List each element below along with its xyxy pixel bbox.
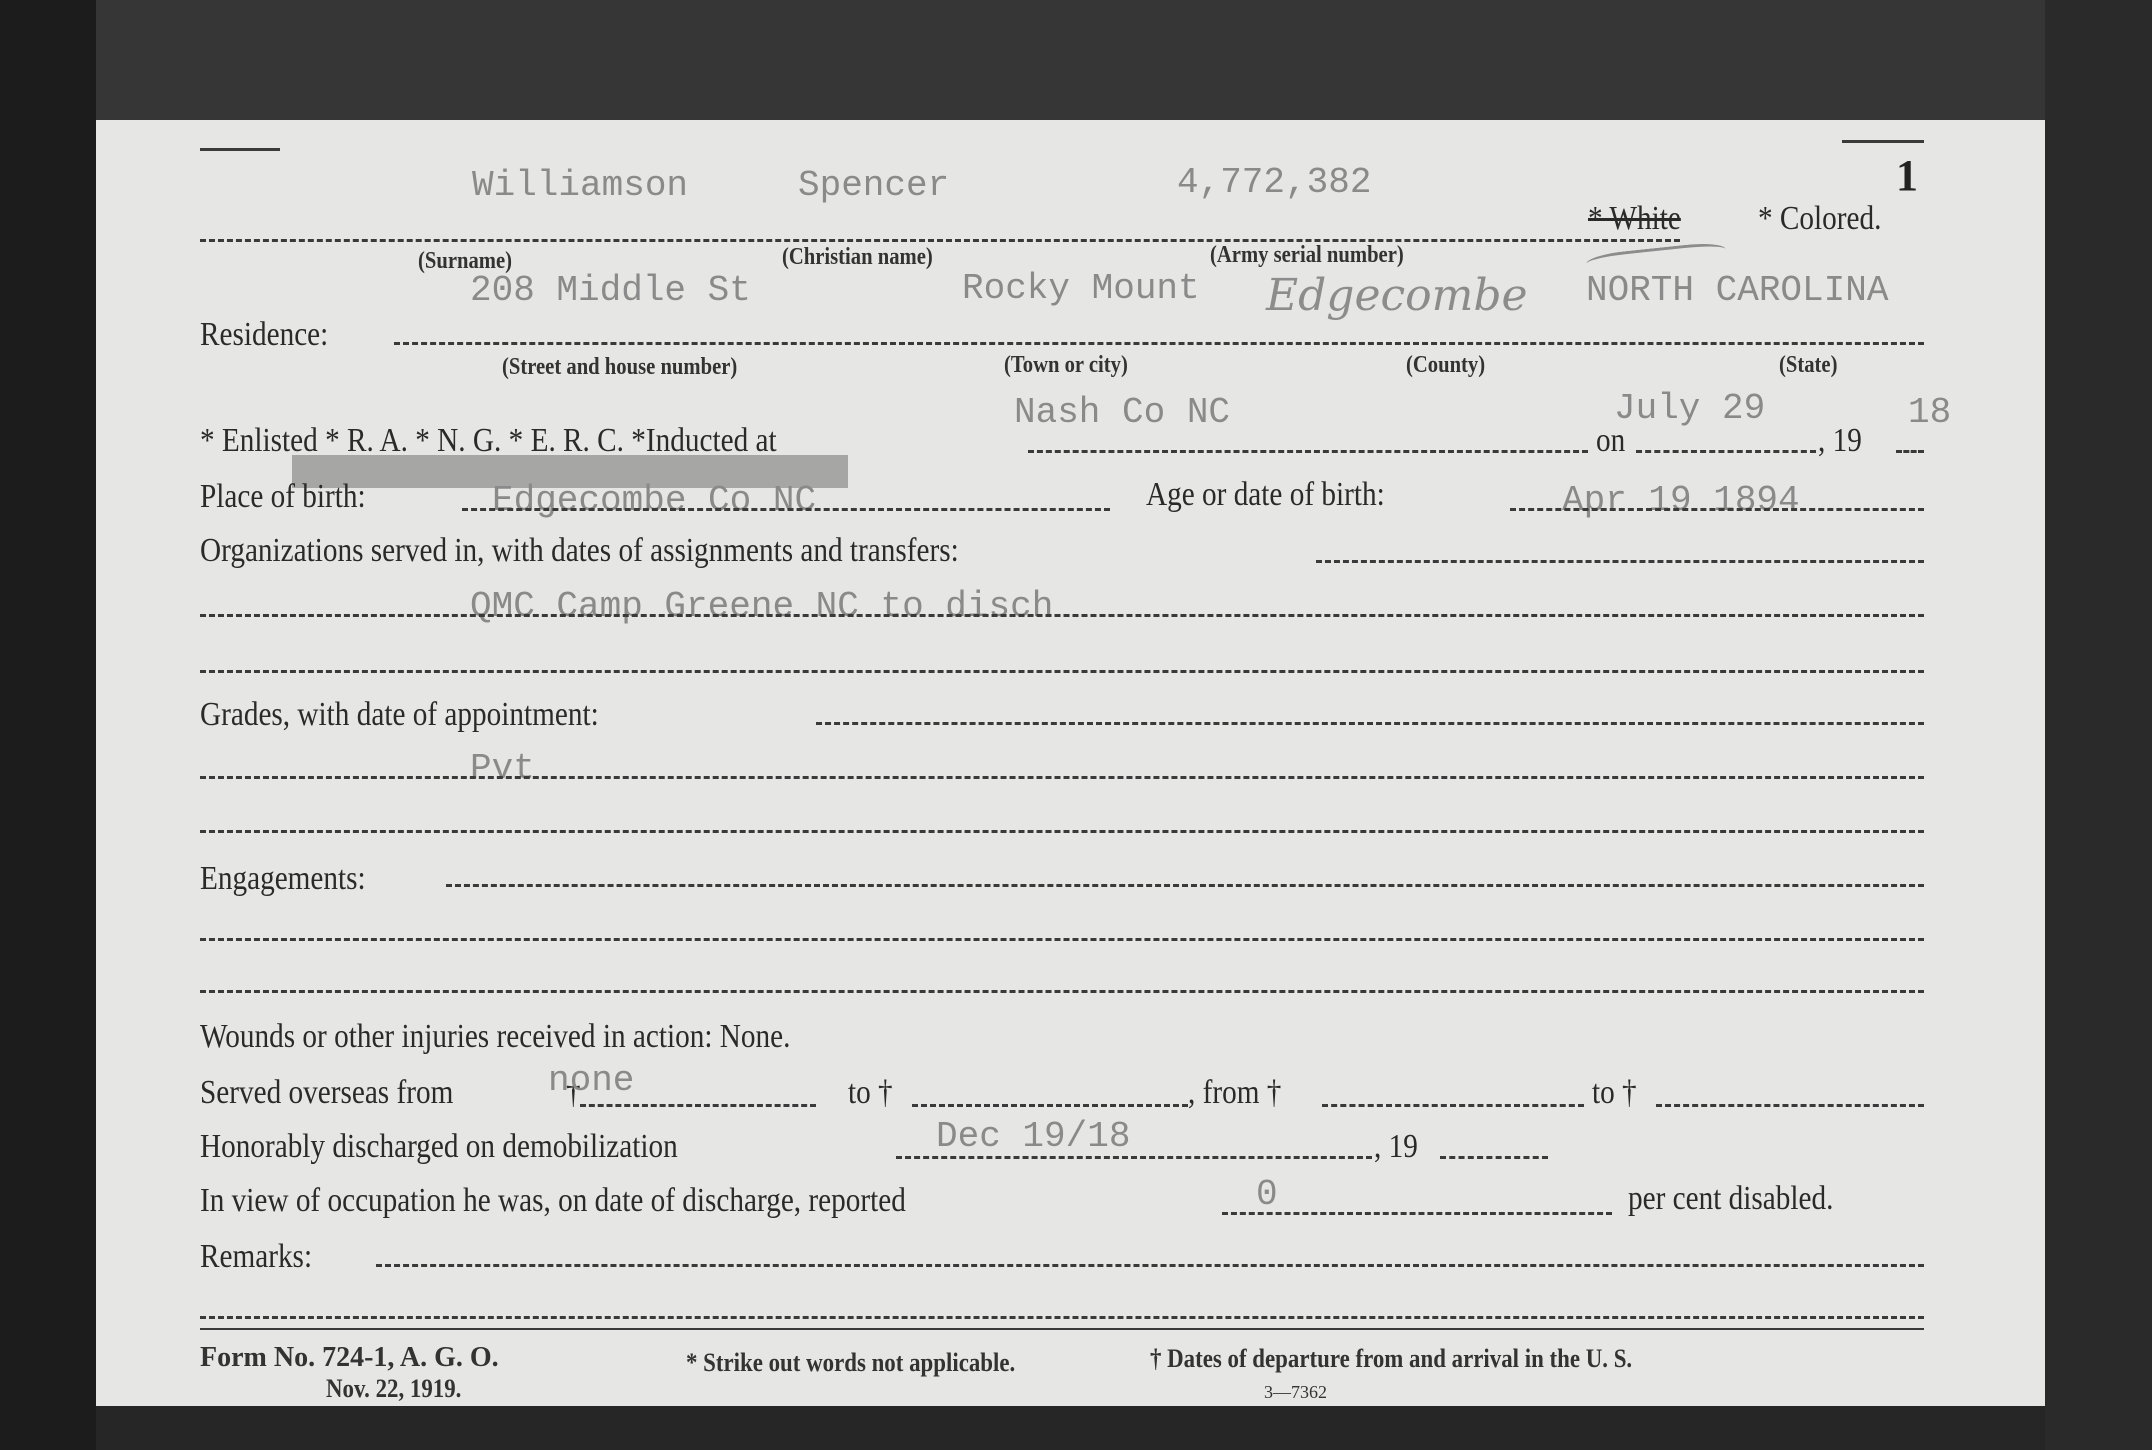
serial-number-value: 4,772,382 (1177, 162, 1371, 203)
residence-line (394, 342, 1924, 345)
birth-date-value: Apr 19 1894 (1562, 480, 1800, 521)
town-sublabel: (Town or city) (1004, 352, 1128, 379)
induction-on-label: on (1596, 422, 1625, 460)
overseas-label: Served overseas from (200, 1074, 453, 1112)
induction-year-value: 18 (1908, 392, 1951, 433)
race-colored-option: * Colored. (1758, 200, 1881, 238)
induction-year-prefix: , 19 (1818, 422, 1862, 460)
overseas-to-label-2: to † (1592, 1074, 1637, 1112)
birth-date-label: Age or date of birth: (1146, 476, 1385, 514)
overseas-from-line-2 (1322, 1104, 1584, 1107)
overseas-to-line-2 (1656, 1104, 1924, 1107)
scanner-edge-right (2045, 0, 2152, 1450)
name-line (200, 239, 1680, 242)
county-sublabel: (County) (1406, 352, 1485, 379)
residence-label: Residence: (200, 316, 328, 354)
remarks-label: Remarks: (200, 1238, 312, 1276)
street-sublabel: (Street and house number) (502, 354, 737, 381)
birth-place-label: Place of birth: (200, 478, 366, 516)
organizations-line-2 (200, 614, 1924, 617)
disability-suffix: per cent disabled. (1628, 1180, 1833, 1218)
induction-date-value: July 29 (1614, 388, 1765, 429)
discharge-value: Dec 19/18 (936, 1116, 1130, 1157)
form-date: Nov. 22, 1919. (326, 1374, 461, 1404)
overseas-value: none (548, 1060, 634, 1101)
organizations-label: Organizations served in, with dates of a… (200, 532, 959, 570)
state-sublabel: (State) (1779, 352, 1837, 379)
organizations-line-3 (200, 670, 1924, 673)
organizations-line-1 (1316, 560, 1924, 563)
remarks-line-2 (200, 1316, 1924, 1319)
disability-line (1222, 1212, 1612, 1215)
service-record-card: 1 Williamson Spencer 4,772,382 * White *… (96, 120, 2045, 1406)
county-value: Edgecombe (1266, 270, 1528, 321)
disability-value: 0 (1256, 1174, 1278, 1215)
birth-date-line (1510, 508, 1924, 511)
disability-label: In view of occupation he was, on date of… (200, 1182, 906, 1220)
scan-background-top (96, 0, 2045, 120)
grades-line-3 (200, 830, 1924, 833)
induction-place-value: Nash Co NC (1014, 392, 1230, 433)
engagements-line-3 (200, 990, 1924, 993)
discharge-line (896, 1156, 1372, 1159)
discharge-label: Honorably discharged on demobilization (200, 1128, 678, 1166)
birth-place-value: Edgecombe Co NC (492, 480, 816, 521)
grades-line-2 (200, 776, 1924, 779)
serial-number-label: (Army serial number) (1210, 242, 1404, 269)
engagements-line-1 (446, 884, 1924, 887)
print-code: 3—7362 (1264, 1382, 1327, 1403)
town-value: Rocky Mount (962, 268, 1200, 309)
induction-place-line (1028, 450, 1588, 453)
remarks-line-1 (376, 1264, 1924, 1267)
engagements-label: Engagements: (200, 860, 366, 898)
organizations-value: QMC Camp Greene NC to disch (470, 586, 1053, 627)
grades-value: Pvt (470, 748, 535, 789)
form-number: Form No. 724-1, A. G. O. (200, 1342, 499, 1374)
top-left-rule (200, 148, 280, 151)
race-white-option: * White (1588, 200, 1681, 238)
induction-year-line (1896, 450, 1924, 453)
birth-place-line (462, 508, 1110, 511)
discharge-year-prefix: , 19 (1374, 1128, 1418, 1166)
state-value: NORTH CAROLINA (1586, 270, 1888, 311)
overseas-from-label-2: , from † (1188, 1074, 1281, 1112)
overseas-from-line (580, 1104, 816, 1107)
card-number: 1 (1896, 150, 1918, 201)
grades-line-1 (816, 722, 1924, 725)
engagements-line-2 (200, 938, 1924, 941)
christian-name-value: Spencer (798, 165, 949, 206)
induction-date-line (1636, 450, 1816, 453)
note-strike: * Strike out words not applicable. (686, 1348, 1015, 1378)
discharge-year-line (1440, 1156, 1548, 1159)
overseas-to-label: to † (848, 1074, 893, 1112)
christian-name-label: (Christian name) (782, 244, 933, 271)
pencil-strike-mark (1585, 241, 1726, 273)
grades-label: Grades, with date of appointment: (200, 696, 599, 734)
scan-background-bottom (96, 1406, 2045, 1450)
wounds-label: Wounds or other injuries received in act… (200, 1018, 790, 1056)
scanner-edge-left (0, 0, 96, 1450)
overseas-to-line (912, 1104, 1188, 1107)
surname-value: Williamson (472, 165, 688, 206)
top-right-rule (1842, 140, 1924, 143)
street-value: 208 Middle St (470, 270, 751, 311)
note-dates: † Dates of departure from and arrival in… (1150, 1344, 1632, 1374)
footer-rule (200, 1328, 1924, 1330)
